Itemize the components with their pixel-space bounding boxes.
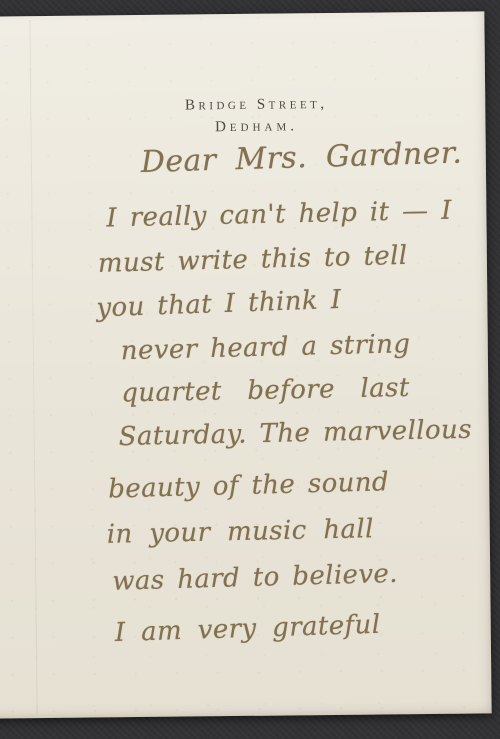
- handwritten-line: beauty of the sound: [108, 467, 389, 504]
- paper-crease: [29, 20, 37, 714]
- salutation-line: Dear Mrs. Gardner.: [140, 136, 462, 181]
- letterhead-line1: Bridge Street,: [106, 96, 406, 114]
- handwritten-line: I am very grateful: [114, 610, 381, 648]
- letter-photo: Bridge Street, Dedham. Dear Mrs. Gardner…: [0, 0, 500, 739]
- handwritten-line: quartet before last: [121, 373, 410, 409]
- handwritten-line: you that I think I: [96, 285, 342, 324]
- handwritten-line: in your music hall: [106, 514, 374, 550]
- letter-paper: Bridge Street, Dedham. Dear Mrs. Gardner…: [0, 11, 492, 718]
- letterhead-line2: Dedham.: [106, 118, 406, 136]
- handwritten-line: Saturday. The marvellous: [118, 415, 472, 452]
- handwritten-line: I really can't help it — I: [106, 196, 452, 234]
- handwritten-line: must write this to tell: [98, 241, 408, 279]
- handwritten-line: never heard a string: [120, 329, 410, 366]
- letterhead: Bridge Street, Dedham.: [106, 96, 406, 136]
- handwritten-line: was hard to believe.: [112, 559, 398, 597]
